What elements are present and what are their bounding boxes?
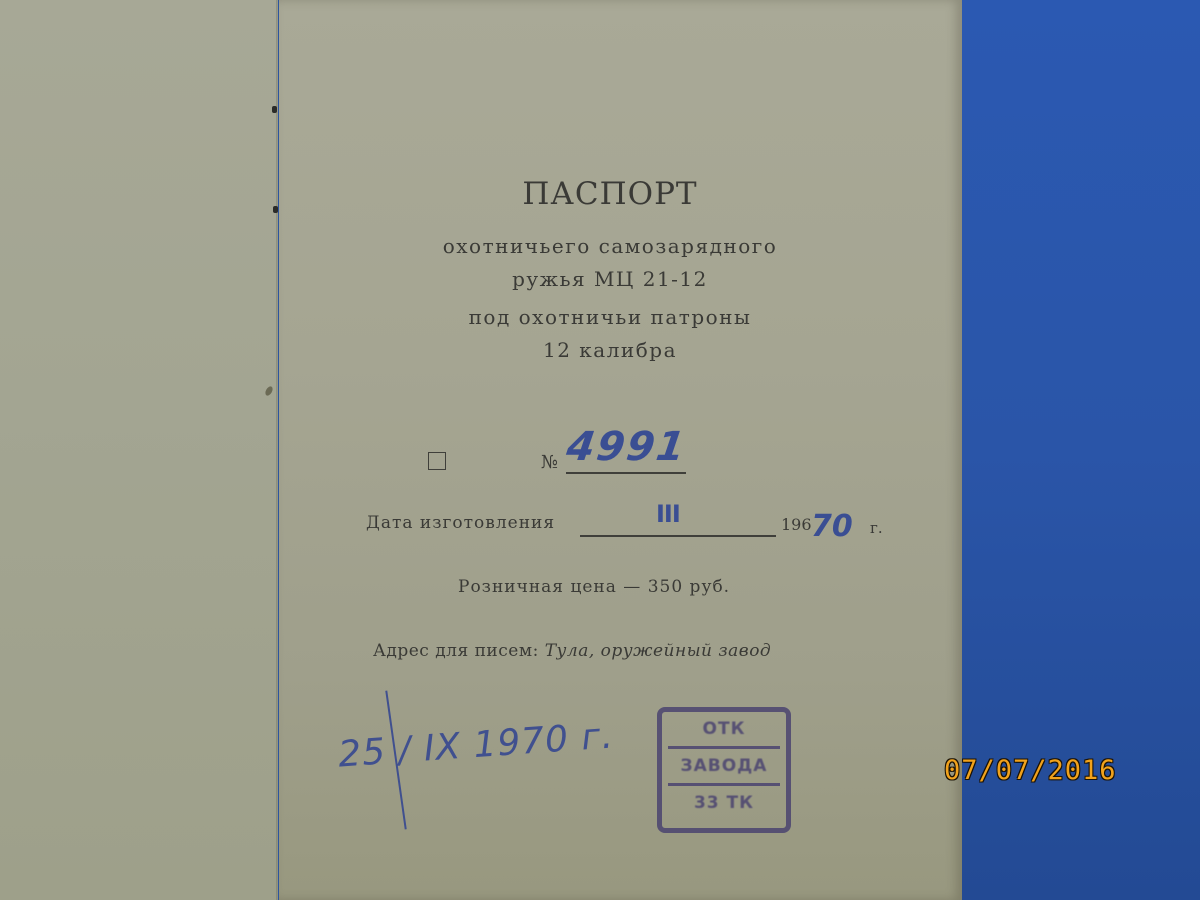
stamp-line-3: 33 ТК <box>662 786 786 820</box>
subtitle-line-2: ружья МЦ 21-12 <box>0 267 1200 291</box>
camera-date-stamp: 07/07/2016 <box>944 755 1117 786</box>
subtitle-line-4: 12 калибра <box>0 338 1200 362</box>
subtitle-line-1: охотничьего самозарядного <box>0 234 1200 258</box>
checkbox <box>428 452 446 470</box>
retail-price: Розничная цена — 350 руб. <box>458 577 730 597</box>
stamp-line-1: ОТК <box>662 712 786 746</box>
serial-underline <box>566 472 686 474</box>
manufacture-year-handwritten: 70 <box>811 509 853 544</box>
mailing-address: Адрес для писем: Тула, оружейный завод <box>373 641 771 661</box>
staple-mark <box>272 106 277 113</box>
manufacture-year-printed: 196 <box>781 515 812 534</box>
manufacture-date-underline <box>580 535 776 537</box>
stamp-line-2: ЗАВОДА <box>662 749 786 783</box>
subtitle-line-3: под охотничьи патроны <box>0 305 1200 329</box>
year-suffix: г. <box>870 519 883 537</box>
inspection-stamp: ОТК ЗАВОДА 33 ТК <box>657 707 791 833</box>
manufacture-month: III <box>656 500 680 528</box>
document-title: ПАСПОРТ <box>0 176 1200 212</box>
serial-number: 4991 <box>564 424 690 470</box>
serial-label: № <box>541 452 558 473</box>
manufacture-date-label: Дата изготовления <box>366 513 555 533</box>
address-value: Тула, оружейный завод <box>545 641 772 661</box>
left-page <box>0 0 278 900</box>
address-label: Адрес для писем: <box>373 641 539 661</box>
